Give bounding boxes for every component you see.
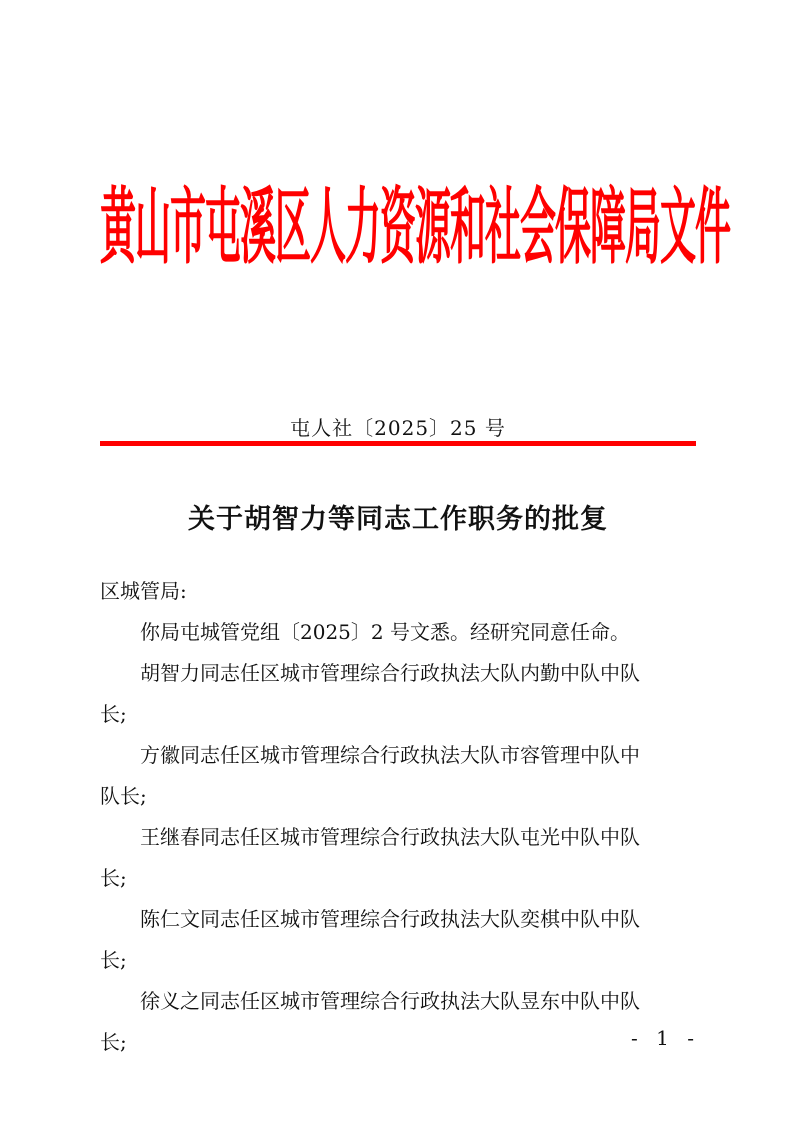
masthead-title: 黄 山 市 屯 溪 区 人 力 资 源 和 社 会 保 障 局 文 件 — [100, 175, 696, 280]
appointment-line-cont: 队长; — [100, 782, 696, 810]
intro-paragraph: 你局屯城管党组〔2025〕2 号文悉。经研究同意任命。 — [140, 618, 696, 646]
document-title: 关于胡智力等同志工作职务的批复 — [100, 497, 696, 536]
masthead-char: 黄 — [100, 186, 135, 269]
masthead-char: 会 — [520, 186, 555, 269]
appointment-line: 陈仁文同志任区城市管理综合行政执法大队奕棋中队中队 — [140, 905, 696, 933]
appointment-line: 方徽同志任区城市管理综合行政执法大队市容管理中队中 — [140, 741, 696, 769]
addressee: 区城管局: — [100, 577, 696, 605]
masthead-char: 社 — [485, 186, 520, 269]
appointment-line: 徐义之同志任区城市管理综合行政执法大队昱东中队中队 — [140, 987, 696, 1015]
appointment-line-cont: 长; — [100, 946, 696, 974]
masthead-char: 力 — [345, 186, 380, 269]
appointment-line-cont: 长; — [100, 700, 696, 728]
masthead-char: 屯 — [205, 186, 240, 269]
appointment-line: 王继春同志任区城市管理综合行政执法大队屯光中队中队 — [140, 823, 696, 851]
masthead-char: 文 — [660, 186, 695, 269]
appointment-line-cont: 长; — [100, 1028, 696, 1056]
masthead-char: 障 — [590, 186, 625, 269]
masthead-char: 源 — [415, 186, 450, 269]
masthead-char: 资 — [380, 186, 415, 269]
masthead-char: 山 — [135, 186, 170, 269]
red-divider-line — [100, 441, 696, 446]
masthead-char: 溪 — [240, 186, 275, 269]
masthead-char: 和 — [450, 186, 485, 269]
masthead-char: 保 — [555, 186, 590, 269]
appointment-line-cont: 长; — [100, 864, 696, 892]
masthead-char: 人 — [310, 186, 345, 269]
masthead-char: 区 — [275, 186, 310, 269]
page-number: - 1 - — [620, 1026, 700, 1050]
masthead-char: 市 — [170, 186, 205, 269]
masthead-char: 局 — [625, 186, 660, 269]
appointment-line: 胡智力同志任区城市管理综合行政执法大队内勤中队中队 — [140, 659, 696, 687]
masthead-char: 件 — [695, 186, 730, 269]
document-number: 屯人社〔2025〕25 号 — [100, 412, 696, 441]
